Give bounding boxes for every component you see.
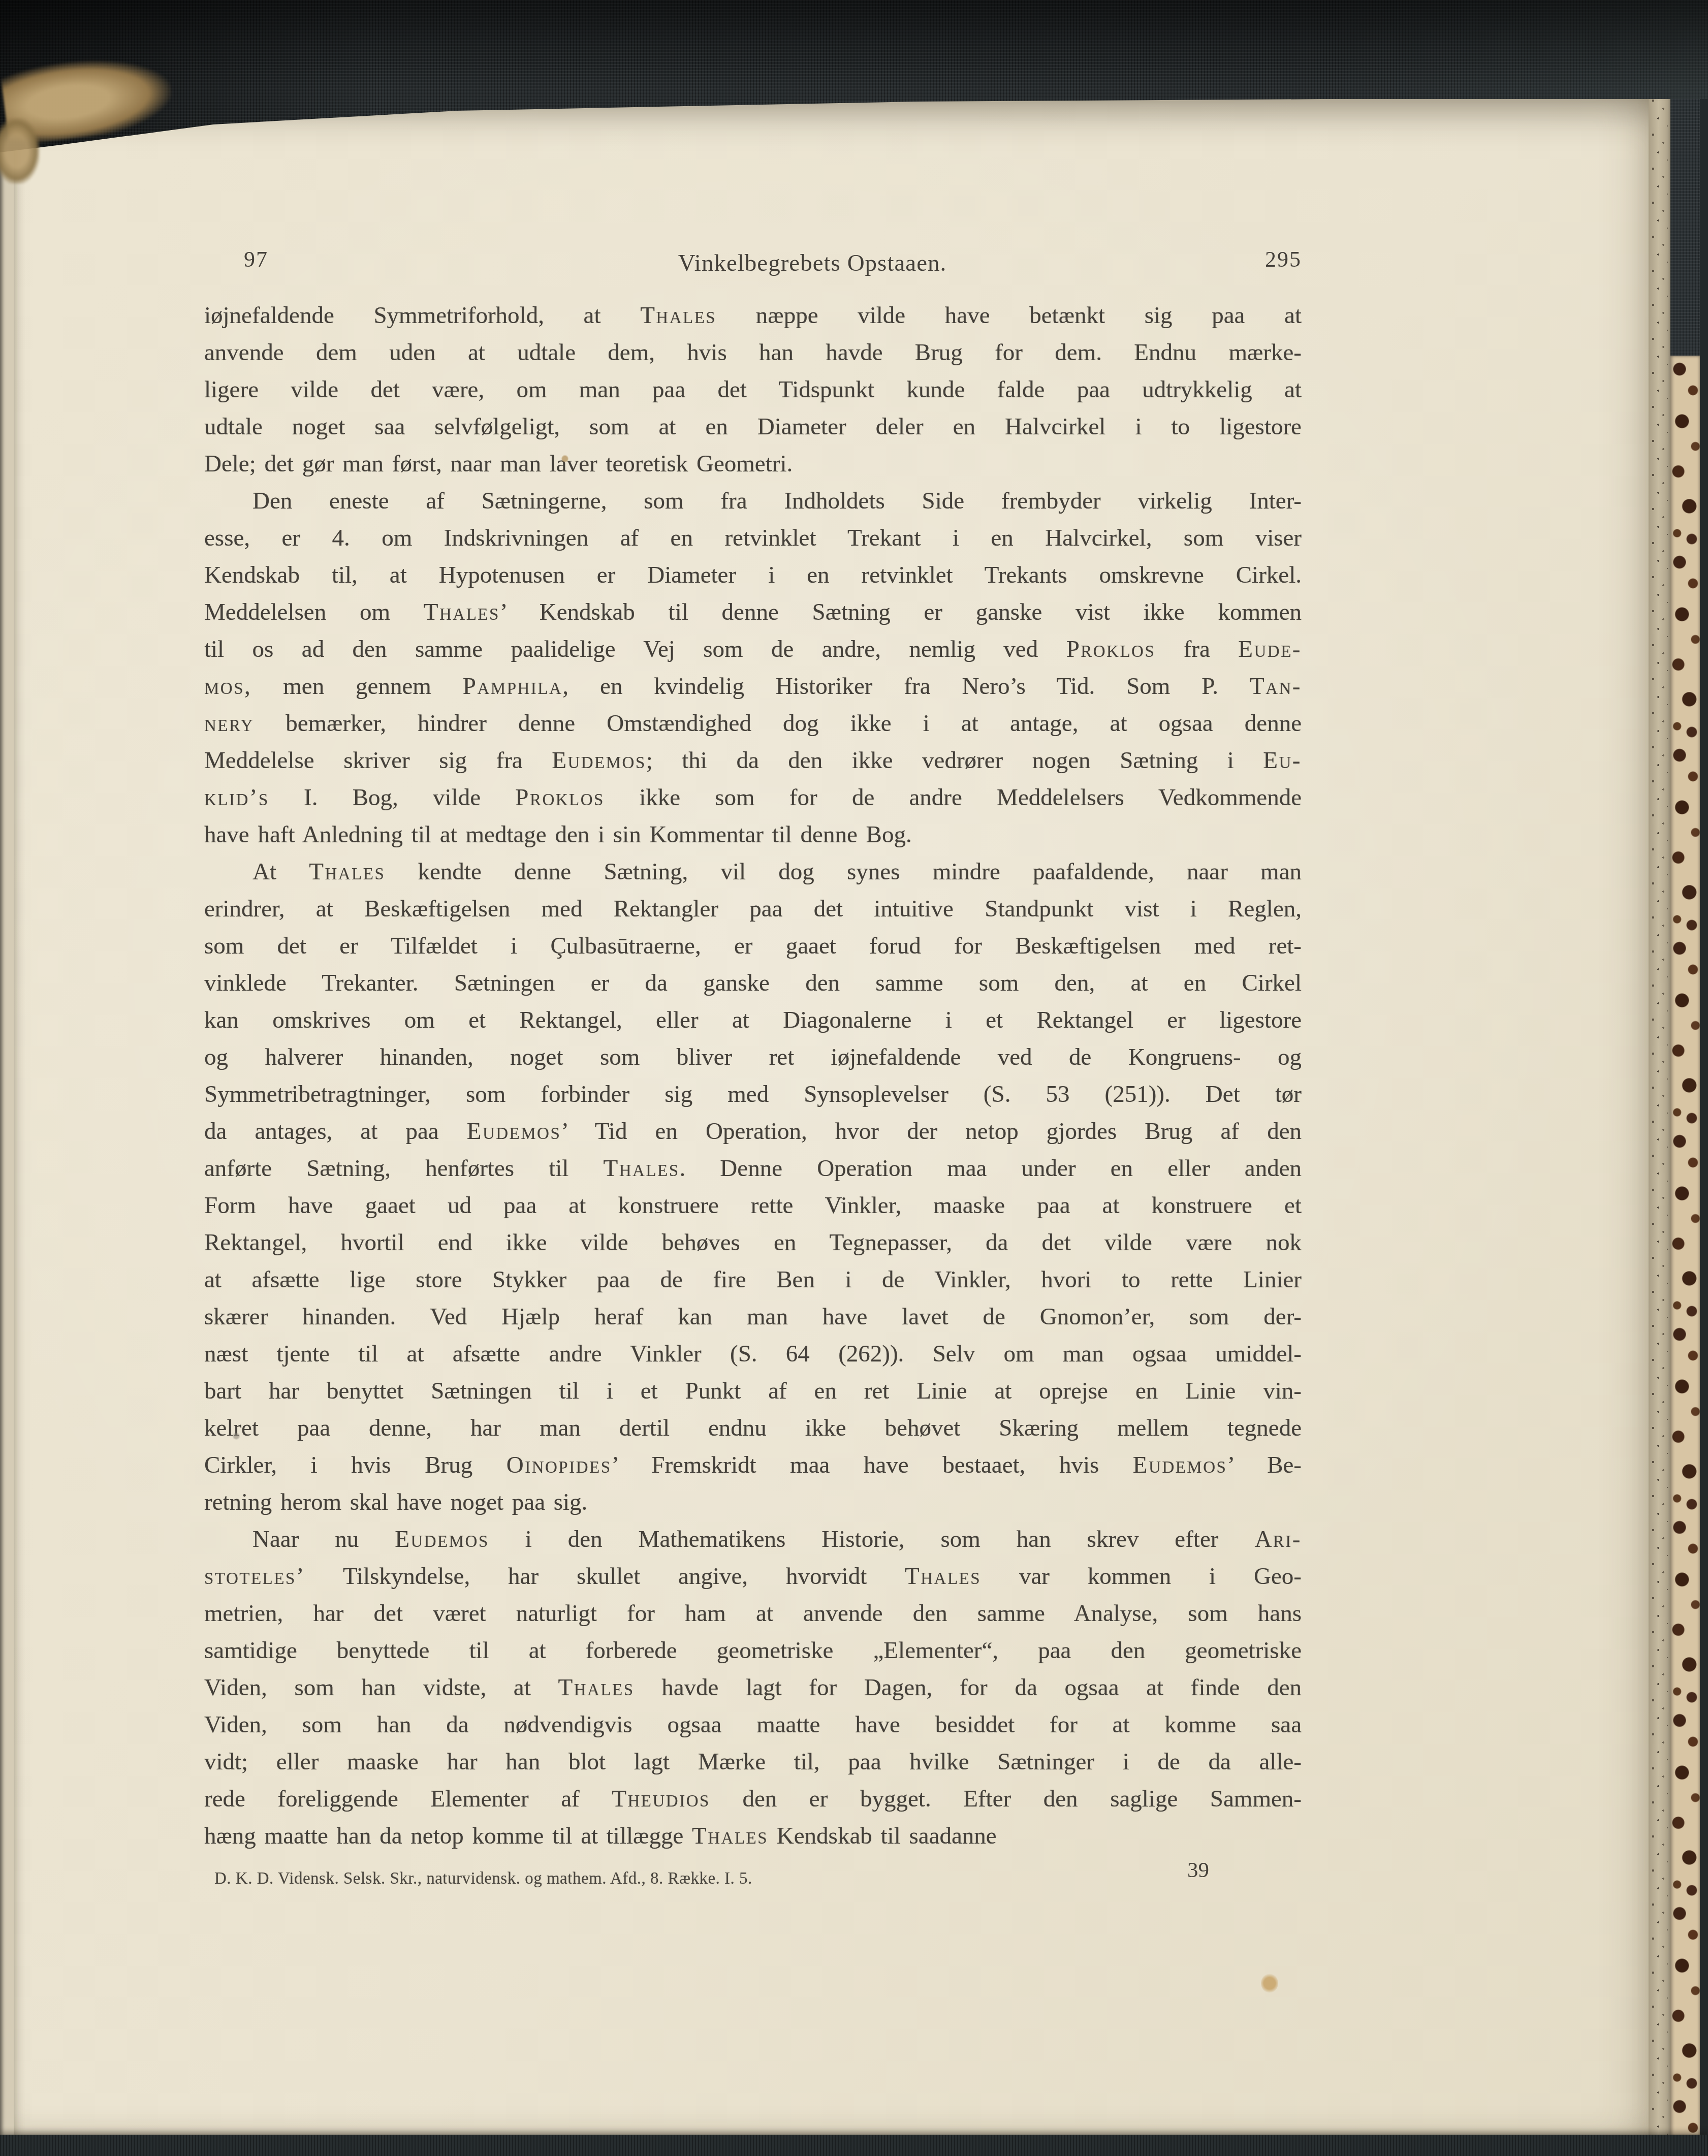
- body-line: ligere vilde det være, om man paa det Ti…: [204, 371, 1302, 408]
- body-line: anvende dem uden at udtale dem, hvis han…: [204, 334, 1302, 371]
- small-caps-name: Thales: [603, 1155, 679, 1182]
- body-line: skærer hinanden. Ved Hjælp heraf kan man…: [204, 1298, 1302, 1336]
- body-line: vinklede Trekanter. Sætningen er da gans…: [204, 965, 1302, 1002]
- small-caps-name: Eu-: [1263, 747, 1302, 774]
- body-line: kan omskrives om et Rektangel, eller at …: [204, 1002, 1302, 1039]
- body-line: bart har benyttet Sætningen til i et Pun…: [204, 1373, 1302, 1410]
- small-caps-name: Eudemos: [552, 747, 646, 774]
- series-imprint: D. K. D. Vidensk. Selsk. Skr., naturvide…: [214, 1869, 752, 1888]
- page-block-edge: [1648, 97, 1672, 2136]
- body-line: Meddelelse skriver sig fra Eudemos; thi …: [204, 742, 1302, 779]
- body-line: kelret paa denne, har man dertil endnu i…: [204, 1410, 1302, 1447]
- body-line: udtale noget saa selvfølgeligt, som at e…: [204, 408, 1302, 446]
- body-line: Dele; det gør man først, naar man laver …: [204, 446, 1302, 483]
- body-line: vidt; eller maaske har han blot lagt Mær…: [204, 1743, 1302, 1781]
- body-line: som det er Tilfældet i Çulbasūtraerne, e…: [204, 928, 1302, 965]
- page-header: 97 Vinkelbegrebets Opstaaen. 295: [204, 245, 1302, 273]
- body-line: Kendskab til, at Hypotenusen er Diameter…: [204, 557, 1302, 594]
- body-line: Cirkler, i hvis Brug Oinopides’ Fremskri…: [204, 1447, 1302, 1484]
- body-line: Form have gaaet ud paa at konstruere ret…: [204, 1187, 1302, 1224]
- body-line: have haft Anledning til at medtage den i…: [204, 816, 1302, 853]
- small-caps-name: klid’s: [204, 784, 269, 811]
- paper-stain: [1261, 1974, 1278, 1993]
- small-caps-name: Proklos: [515, 784, 605, 811]
- body-line: Symmetribetragtninger, som forbinder sig…: [204, 1076, 1302, 1113]
- small-caps-name: Thales: [640, 302, 716, 329]
- body-line: erindrer, at Beskæftigelsen med Rektangl…: [204, 891, 1302, 928]
- body-line: At Thales kendte denne Sætning, vil dog …: [204, 853, 1302, 891]
- body-line: at afsætte lige store Stykker paa de fir…: [204, 1261, 1302, 1298]
- cover-right-edge: [1700, 0, 1708, 2156]
- page-body: iøjnefaldende Symmetriforhold, at Thales…: [204, 297, 1302, 1855]
- body-line: og halverer hinanden, noget som bliver r…: [204, 1039, 1302, 1076]
- body-line: retning herom skal have noget paa sig.: [204, 1484, 1302, 1521]
- body-line: esse, er 4. om Indskrivningen af en retv…: [204, 520, 1302, 557]
- body-line: nery bemærker, hindrer denne Omstændighe…: [204, 705, 1302, 742]
- book-scan: 97 Vinkelbegrebets Opstaaen. 295 iøjnefa…: [0, 0, 1708, 2156]
- frayed-cloth-patch: [0, 118, 40, 184]
- small-caps-name: Eude-: [1238, 636, 1302, 662]
- body-line: da antages, at paa Eudemos’ Tid en Opera…: [204, 1113, 1302, 1150]
- small-caps-name: Ari-: [1254, 1526, 1302, 1552]
- small-caps-name: Thales: [424, 599, 500, 625]
- body-line: samtidige benyttede til at forberede geo…: [204, 1632, 1302, 1669]
- small-caps-name: Eudemos: [467, 1118, 561, 1145]
- body-line: næst tjente til at afsætte andre Vinkler…: [204, 1336, 1302, 1373]
- small-caps-name: nery: [204, 710, 254, 737]
- body-line: Viden, som han da nødvendigvis ogsaa maa…: [204, 1706, 1302, 1743]
- signature-number: 39: [1187, 1858, 1209, 1883]
- paper-stain: [232, 1433, 240, 1440]
- small-caps-name: Pamphila: [463, 673, 562, 700]
- running-title: Vinkelbegrebets Opstaaen.: [314, 249, 1311, 277]
- small-caps-name: Eudemos: [1133, 1452, 1227, 1478]
- body-line: Rektangel, hvortil end ikke vilde behøve…: [204, 1224, 1302, 1261]
- body-line: Naar nu Eudemos i den Mathematikens Hist…: [204, 1521, 1302, 1558]
- cover-bottom-edge: [0, 2135, 1708, 2156]
- small-caps-name: mos,: [204, 673, 251, 700]
- small-caps-name: Eudemos: [395, 1526, 489, 1552]
- small-caps-name: Oinopides: [507, 1452, 612, 1478]
- body-line: metrien, har det været naturligt for ham…: [204, 1595, 1302, 1632]
- body-line: mos, men gennem Pamphila, en kvindelig H…: [204, 668, 1302, 705]
- small-caps-name: Theudios: [612, 1786, 710, 1812]
- body-line: anførte Sætning, henførtes til Thales. D…: [204, 1150, 1302, 1187]
- small-caps-name: stoteles’: [204, 1563, 305, 1590]
- body-line: til os ad den samme paalidelige Vej som …: [204, 631, 1302, 668]
- body-line: hæng maatte han da netop komme til at ti…: [204, 1818, 1302, 1855]
- body-line: Meddelelsen om Thales’ Kendskab til denn…: [204, 594, 1302, 631]
- small-caps-name: Tan-: [1250, 673, 1302, 700]
- body-line: iøjnefaldende Symmetriforhold, at Thales…: [204, 297, 1302, 334]
- paper-stain: [561, 455, 568, 463]
- small-caps-name: Thales: [692, 1823, 768, 1849]
- book-page: 97 Vinkelbegrebets Opstaaen. 295 iøjnefa…: [14, 99, 1649, 2136]
- small-caps-name: Proklos: [1066, 636, 1156, 662]
- underlying-leaf-edge: [0, 117, 15, 2136]
- marbled-endpaper-edge: [1670, 356, 1701, 2136]
- body-line: Den eneste af Sætningerne, som fra Indho…: [204, 483, 1302, 520]
- small-caps-name: Thales: [309, 859, 385, 885]
- body-line: rede foreliggende Elementer af Theudios …: [204, 1781, 1302, 1818]
- page-number-left: 97: [244, 246, 268, 272]
- small-caps-name: Thales: [558, 1674, 634, 1701]
- small-caps-name: Thales: [905, 1563, 981, 1590]
- body-line: stoteles’ Tilskyndelse, har skullet angi…: [204, 1558, 1302, 1595]
- body-line: Viden, som han vidste, at Thales havde l…: [204, 1669, 1302, 1706]
- body-line: klid’s I. Bog, vilde Proklos ikke som fo…: [204, 779, 1302, 816]
